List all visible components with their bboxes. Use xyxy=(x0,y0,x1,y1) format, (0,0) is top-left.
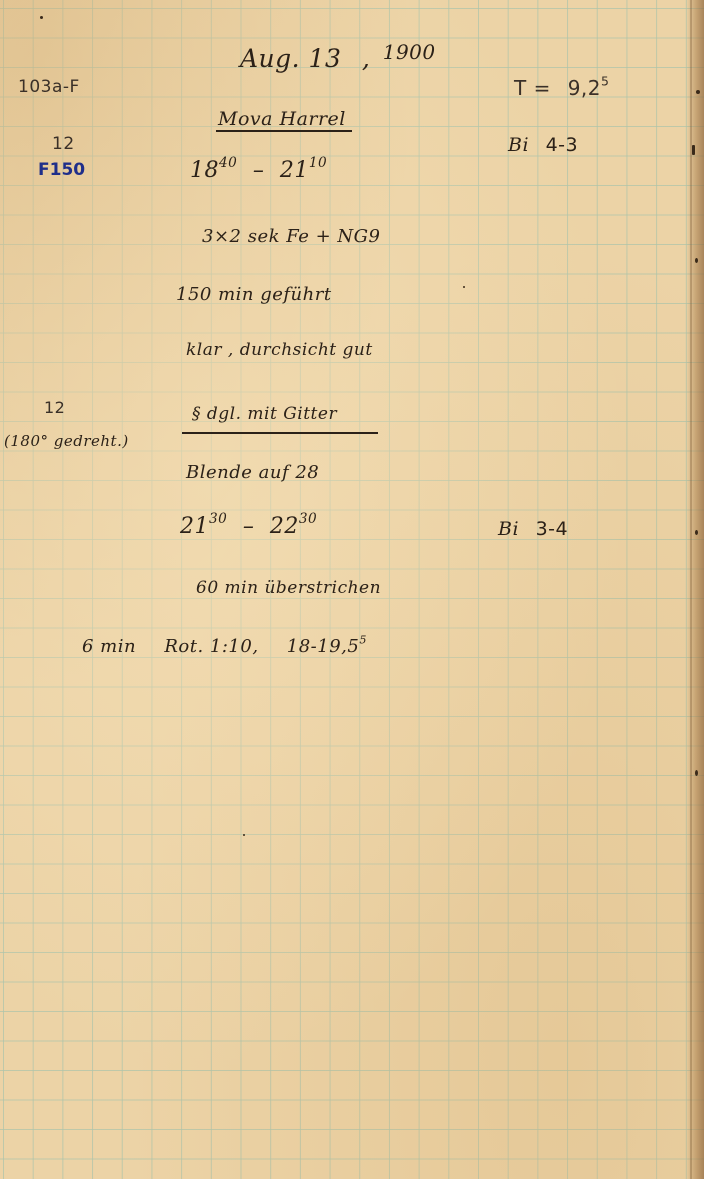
notebook-page: Aug. 13 , 1900 Mova Harrel 103a-F 12 F15… xyxy=(0,0,704,1179)
time-start-minute: 30 xyxy=(209,511,227,527)
time-start-hour: 21 xyxy=(180,514,209,539)
seeing-2-value: 3-4 xyxy=(536,518,569,540)
ink-speck xyxy=(463,286,465,288)
exposure-1-guide: 150 min geführt xyxy=(176,284,332,305)
object-name-underline xyxy=(216,130,352,132)
ink-speck xyxy=(696,90,700,94)
time-separator: – xyxy=(253,158,265,183)
time-end-hour: 21 xyxy=(280,158,309,183)
time-start-hour: 18 xyxy=(190,158,219,183)
exposure-2-overexposure: 60 min überstrichen xyxy=(196,578,381,598)
page-binding-edge xyxy=(686,0,704,1179)
seeing-2-label: Bi xyxy=(498,518,519,540)
exposure-1-setup: 3×2 sek Fe + NG9 xyxy=(202,226,381,247)
exposure-2-heading: § dgl. mit Gitter xyxy=(192,404,337,424)
plate-number-2: 12 xyxy=(44,398,65,417)
temperature: T = 9,25 xyxy=(514,76,609,100)
ink-speck xyxy=(695,770,698,776)
time-end-hour: 22 xyxy=(270,514,299,539)
seeing-2: Bi 3-4 xyxy=(498,518,568,540)
ink-speck xyxy=(695,530,698,535)
object-name: Mova Harrel xyxy=(218,108,346,130)
time-separator: – xyxy=(243,514,255,539)
plate-type: 103a-F xyxy=(18,77,80,97)
date-text: Aug. 13 xyxy=(240,44,341,73)
date-year: 1900 xyxy=(383,40,436,64)
filter-label: F150 xyxy=(38,160,85,180)
calibration-line: 6 min Rot. 1:10, 18-19,55 xyxy=(82,636,367,657)
exposure-1-time: 1840 – 2110 xyxy=(190,158,327,183)
binding-fold-line xyxy=(690,0,692,1179)
ink-speck xyxy=(243,834,245,836)
calibration-duration: 6 min xyxy=(82,636,136,657)
time-end-minute: 30 xyxy=(299,511,317,527)
seeing-1: Bi 4-3 xyxy=(508,134,578,156)
seeing-1-value: 4-3 xyxy=(546,134,579,156)
calibration-filter: Rot. 1:10, xyxy=(164,636,258,657)
time-end-minute: 10 xyxy=(309,155,327,171)
exposure-1-notes: klar , durchsicht gut xyxy=(186,340,373,360)
ink-speck xyxy=(692,145,695,155)
time-start-minute: 40 xyxy=(219,155,237,171)
exposure-2-heading-underline xyxy=(182,432,378,434)
temperature-value: 9,2 xyxy=(568,76,601,100)
temperature-superscript: 5 xyxy=(601,74,609,89)
rotation-note: (180° gedreht.) xyxy=(4,432,129,450)
ink-speck xyxy=(40,16,43,19)
calibration-temperature: 18-19,5 xyxy=(287,636,360,657)
calibration-temperature-superscript: 5 xyxy=(359,634,367,647)
date-separator: , xyxy=(362,44,370,73)
entry-date: Aug. 13 , 1900 xyxy=(240,44,436,73)
temperature-label: T = xyxy=(514,76,551,100)
plate-number-1: 12 xyxy=(52,134,75,154)
ink-speck xyxy=(695,258,698,263)
seeing-1-label: Bi xyxy=(508,134,529,156)
exposure-2-time: 2130 – 2230 xyxy=(180,514,317,539)
exposure-2-aperture: Blende auf 28 xyxy=(186,462,319,483)
